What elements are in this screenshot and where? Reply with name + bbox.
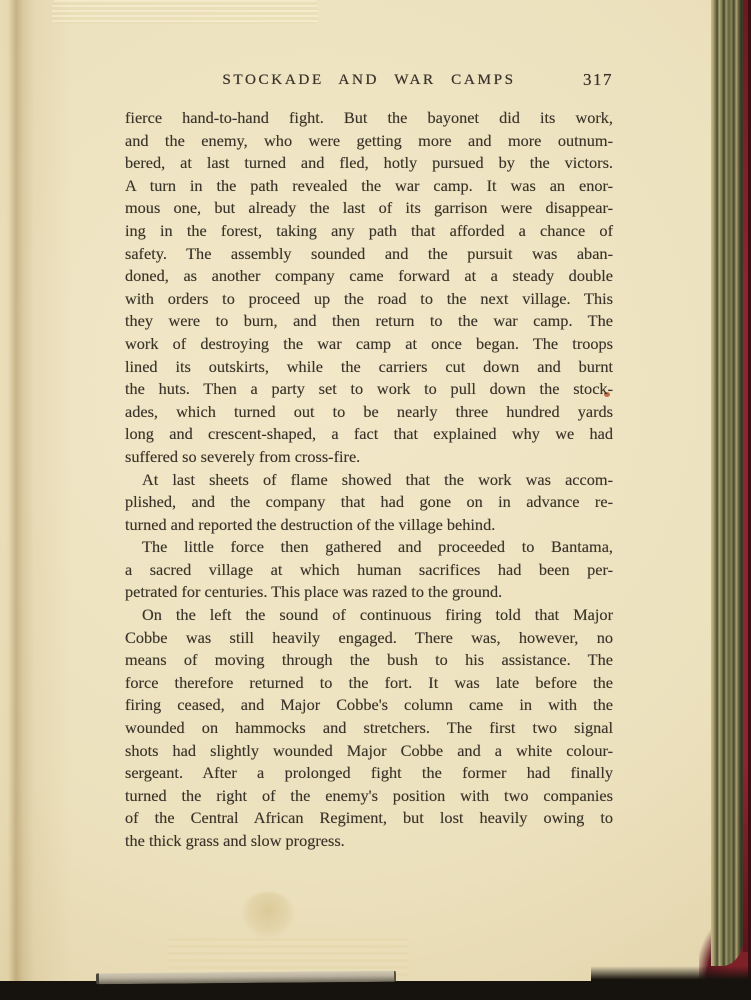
text-line: turned and reported the destruction of t… bbox=[125, 514, 613, 537]
text-line: On the left the sound of continuous firi… bbox=[125, 604, 613, 627]
text-line: they were to burn, and then return to th… bbox=[125, 310, 613, 333]
text-line: lined its outskirts, while the carriers … bbox=[125, 356, 613, 379]
running-header-title: STOCKADE AND WAR CAMPS bbox=[125, 71, 613, 89]
text-line: ing in the forest, taking any path that … bbox=[125, 220, 613, 243]
text-line: ades, which turned out to be nearly thre… bbox=[125, 401, 613, 424]
text-line: At last sheets of flame showed that the … bbox=[125, 469, 613, 492]
text-line: safety. The assembly sounded and the pur… bbox=[125, 243, 613, 266]
page-edge-streaks-top bbox=[52, 0, 318, 24]
text-line: a sacred village at which human sacrific… bbox=[125, 559, 613, 582]
stacked-page-edges bbox=[711, 0, 744, 966]
text-line: the huts. Then a party set to work to pu… bbox=[125, 378, 613, 401]
text-line: shots had slightly wounded Major Cobbe a… bbox=[125, 740, 613, 763]
binding-gutter-shadow bbox=[0, 0, 72, 1000]
page-body-text: fierce hand-to-hand fight. But the bayon… bbox=[125, 107, 613, 853]
text-line: long and crescent-shaped, a fact that ex… bbox=[125, 423, 613, 446]
text-line: work of destroying the war camp at once … bbox=[125, 333, 613, 356]
text-line: wounded on hammocks and stretchers. The … bbox=[125, 717, 613, 740]
text-line: doned, as another company came forward a… bbox=[125, 265, 613, 288]
page-number: 317 bbox=[583, 70, 613, 90]
text-line: fierce hand-to-hand fight. But the bayon… bbox=[125, 107, 613, 130]
text-line: force therefore returned to the fort. It… bbox=[125, 672, 613, 695]
text-line: sergeant. After a prolonged fight the fo… bbox=[125, 762, 613, 785]
text-line: turned the right of the enemy's position… bbox=[125, 785, 613, 808]
text-line: with orders to proceed up the road to th… bbox=[125, 288, 613, 311]
text-line: petrated for centuries. This place was r… bbox=[125, 581, 613, 604]
text-line: The little force then gathered and proce… bbox=[125, 536, 613, 559]
paper-stain bbox=[242, 892, 294, 938]
running-header: STOCKADE AND WAR CAMPS 317 bbox=[125, 71, 613, 93]
text-line: Cobbe was still heavily engaged. There w… bbox=[125, 627, 613, 650]
text-line: bered, at last turned and fled, hotly pu… bbox=[125, 152, 613, 175]
text-line: plished, and the company that had gone o… bbox=[125, 491, 613, 514]
text-line: the thick grass and slow progress. bbox=[125, 830, 613, 853]
text-line: means of moving through the bush to his … bbox=[125, 649, 613, 672]
text-line: suffered so severely from cross-fire. bbox=[125, 446, 613, 469]
text-line: firing ceased, and Major Cobbe's column … bbox=[125, 694, 613, 717]
book-scan: STOCKADE AND WAR CAMPS 317 fierce hand-t… bbox=[0, 0, 751, 1000]
text-line: mous one, but already the last of its ga… bbox=[125, 197, 613, 220]
text-line: of the Central African Regiment, but los… bbox=[125, 807, 613, 830]
text-line: and the enemy, who were getting more and… bbox=[125, 130, 613, 153]
text-line: A turn in the path revealed the war camp… bbox=[125, 175, 613, 198]
